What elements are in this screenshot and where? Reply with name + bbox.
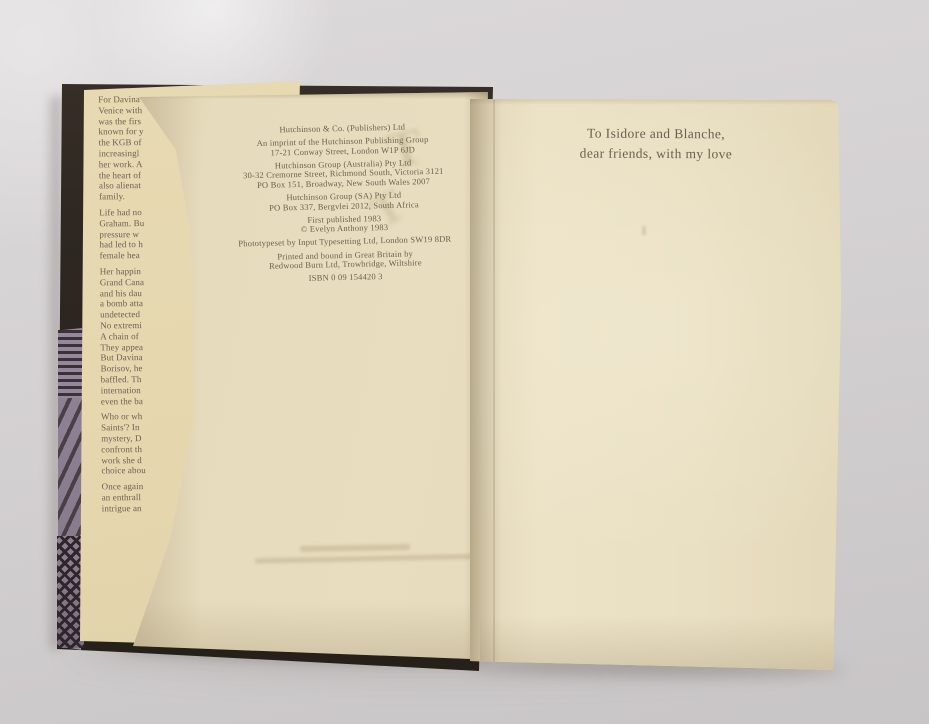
imprint-text-block: Hutchinson & Co. (Publishers) LtdAn impr… (198, 121, 490, 286)
jacket-blurb-line: Life had no (99, 207, 195, 219)
jacket-blurb-line: baffled. Th (101, 374, 197, 386)
jacket-blurb-line: work she d (101, 454, 197, 466)
jacket-blurb-line: female hea (100, 250, 196, 262)
jacket-blurb-line: undetected (100, 309, 196, 321)
gutter-crease-line (493, 100, 495, 665)
jacket-blurb-line: They appea (100, 341, 196, 353)
jacket-blurb-line: A chain of (100, 330, 196, 342)
cover-art-stripes (58, 330, 84, 398)
dedication-text: To Isidore and Blanche, dear friends, wi… (500, 123, 812, 165)
jacket-blurb-line: Borisov, he (101, 363, 197, 375)
dedication-line-1: To Isidore and Blanche, (500, 123, 812, 145)
jacket-blurb-line: a bomb atta (100, 298, 196, 310)
jacket-blurb-line: even the ba (101, 395, 197, 407)
jacket-blurb-line: confront th (101, 443, 197, 455)
jacket-blurb-line: Her happin (100, 266, 196, 278)
jacket-blurb-line: and his dau (100, 287, 196, 299)
jacket-blurb-line: also alienat (99, 180, 195, 192)
dedication-page-bottom-shade (480, 615, 840, 670)
jacket-blurb-line: mystery, D (101, 432, 197, 444)
jacket-blurb-line: No extremi (100, 320, 196, 332)
cover-art-lattice (57, 536, 84, 648)
jacket-blurb-line: Graham. Bu (99, 217, 195, 229)
publisher-show-through (300, 544, 410, 552)
jacket-blurb-line: But Davina (100, 352, 196, 364)
jacket-blurb-line: Grand Cana (100, 276, 196, 288)
jacket-blurb-line: pressure w (99, 228, 195, 240)
jacket-blurb-line: Who or wh (101, 411, 197, 423)
jacket-blurb-line: family. (99, 191, 195, 203)
gutter-shadow (470, 98, 502, 673)
jacket-blurb-line: Saints'? In (101, 422, 197, 434)
dedication-page-top-edge (470, 99, 840, 105)
jacket-blurb-line: internation (101, 384, 197, 396)
open-book-photo: For DavinaVenice withwas the firsknown f… (0, 0, 929, 724)
publisher-show-through (255, 554, 490, 564)
jacket-blurb-line: had led to h (99, 239, 195, 251)
cover-art-poles (58, 398, 84, 536)
dedication-line-2: dear friends, with my love (500, 143, 812, 165)
paper-smudge (642, 226, 646, 235)
